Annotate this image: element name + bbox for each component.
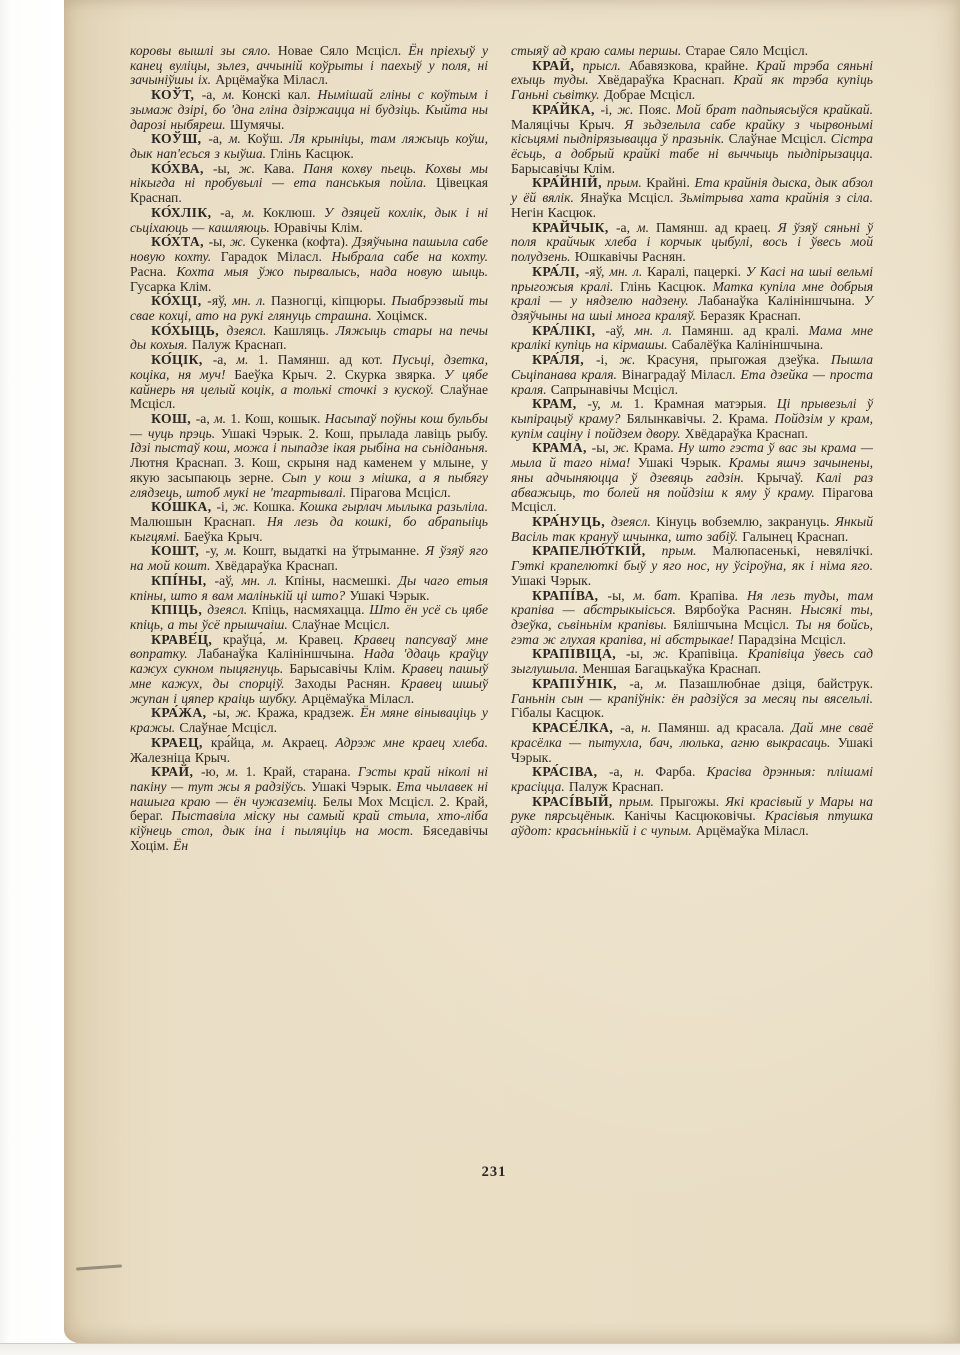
plain-text: -і, [600,102,617,117]
entry-headword: КО́ШКА, [151,499,216,514]
plain-text: Палуж Краснап. [192,337,287,352]
plain-text: Баеўка Крыч. [184,529,263,544]
dictionary-entry: КРАМА, -ы, ж. Крама. Ну што гэста ў вас … [511,441,873,515]
dictionary-entry: КРАСІ́ВЫЙ, прым. Прыгожы. Які красівый у… [511,795,873,839]
plain-text: Расна. [130,264,176,279]
italic-text: м. [243,205,263,220]
dictionary-entry: КРАМ, -у, м. 1. Крамная матэрыя. Ці прыв… [511,397,873,441]
plain-text: Хвёдараўка Краснап. [685,426,808,441]
plain-text: Добрае Мсцісл. [604,87,695,102]
italic-text: м. бат. [633,588,689,603]
plain-text: -у, [587,396,611,411]
plain-text: Сапрынавічы Мсцісл. [551,382,678,397]
dictionary-entry: КПІЦЬ, дзеясл. Кпіць, насмяхацца. Што ён… [130,603,488,632]
plain-text: Абавязкова, крайне. [629,58,757,73]
plain-text: Кпіць, насмяхацца. [252,602,369,617]
italic-text: прым. [619,794,660,809]
plain-text: Малюпасенькі, невялічкі. [712,543,873,558]
entry-headword: КРА́ЙНІЙ, [532,175,607,190]
plain-text: -ы, [209,234,230,249]
plain-text: Ушакі Чэрык. 2. Кош, прылада лавіць рыбу… [221,426,488,441]
italic-text: ж. [235,705,257,720]
italic-text: стыяў ад краю самы першы. [511,43,685,58]
italic-text: мн. л. [242,573,285,588]
plain-text: -у, [205,543,224,558]
plain-text: Баеўка Крыч. 2. Скурка звярка. [234,367,444,382]
entry-headword: КО́ХТА, [151,234,209,249]
dictionary-entry: КРАЙ, -ю, м. 1. Край, старана. Гэсты кра… [130,765,488,853]
plain-text: Крычаў. [757,470,816,485]
entry-headword: КРА́ЖА, [151,705,212,720]
plain-text: 1. Кош, кошык. [230,411,324,426]
page-number: 231 [454,1164,534,1181]
plain-text: Кошка. [253,499,299,514]
plain-text: кра́йца, [211,735,262,750]
dictionary-entry: КО́ХЫЦЬ, дзеясл. Кашляць. Ляжыць стары н… [130,324,488,353]
italic-text: прысл. [583,58,629,73]
italic-text: ж. [617,102,638,117]
plain-text: Крапіва. [690,588,747,603]
dictionary-entry: КРАЙ, прысл. Абавязкова, крайне. Край тр… [511,59,873,103]
entry-headword: КО́ХЛІК, [151,205,220,220]
plain-text: -а, [220,205,242,220]
plain-text: Ушакі Чэрык. [511,573,591,588]
plain-text: Красуня, прыгожая дзеўка. [647,352,831,367]
page-bottom-edge [0,1343,960,1355]
plain-text: Галынец Краснап. [742,529,848,544]
italic-text: Адрэж мне краец хлеба. [335,735,488,750]
plain-text: Пояс. [639,102,676,117]
plain-text: Юравічы Клім. [274,220,363,235]
plain-text: Маляцічы Крыч. [511,117,624,132]
entry-headword: КРАВЕ́Ц, [151,632,223,647]
plain-text: Юшкавічы Раснян. [575,249,686,264]
italic-text: м. [276,632,298,647]
plain-text: -а, [609,764,634,779]
plain-text: Глінь Касцюк. [620,279,713,294]
plain-text: -а, [202,87,223,102]
italic-text: ж. [619,352,647,367]
entry-headword: КО́ЦІК, [151,352,213,367]
plain-text: Палуж Краснап. [569,779,664,794]
scanned-book-page: { "page": { "number": "231" }, "columns"… [0,0,960,1355]
entry-headword: КРАЙ, [532,58,583,73]
entry-headword: КОЎТ, [151,87,202,102]
plain-text: Бялынкавічы. 2. Крама. [627,411,775,426]
plain-text: Малюшын Краснап. [130,514,267,529]
dictionary-entry: КРА́НУЦЬ, дзеясл. Кінуць вобземлю, закра… [511,515,873,544]
italic-text: дзеясл. [207,602,252,617]
continuation-paragraph: стыяў ад краю самы першы. Старае Сяло Мс… [511,44,873,59]
entry-headword: КРА́НУЦЬ, [532,514,611,529]
italic-text: ж. [653,646,679,661]
plain-text: Бялішчына Мсцісл. [673,617,795,632]
plain-text: -яў, [207,293,232,308]
plain-text: -ю, [201,764,226,779]
plain-text: Новае Сяло Мсцісл. [278,43,408,58]
dictionary-entry: КРА́ЛІКІ, -аў, мн. л. Памянш. ад кралі. … [511,324,873,353]
italic-text: Гэткі крапелюткі быў у яго нос, ну ўсіро… [511,558,873,573]
entry-headword: КРАМ, [532,396,587,411]
plain-text: 1. Крамная матэрыя. [634,396,777,411]
italic-text: ж. [233,499,254,514]
italic-text: дзеясл. [611,514,656,529]
plain-text: Коклюш. [263,205,324,220]
entry-headword: КРА́ЛІКІ, [532,323,605,338]
plain-text: Кража, крадзеж. [257,705,360,720]
dictionary-entry: КОШ, -а, м. 1. Кош, кошык. Насыпаў поўны… [130,412,488,500]
plain-text: Негін Касцюк. [511,205,596,220]
plain-text: Крама. [634,440,678,455]
entry-headword: КРАМА, [532,440,592,455]
dictionary-entry: КО́ХТА, -ы, ж. Сукенка (кофта). Дзяўчына… [130,235,488,294]
plain-text: Коўш. [247,131,289,146]
italic-text: м. [226,764,245,779]
entry-headword: КОЎШ, [151,131,208,146]
plain-text: Старае Сяло Мсцісл. [685,43,808,58]
entry-headword: КРАПЕЛЮ́ТКІЙ, [532,543,662,558]
dictionary-entry: КПІ́НЫ, -аў, мн. л. Кпіны, насмешкі. Ды … [130,574,488,603]
entry-headword: КПІ́НЫ, [151,573,214,588]
plain-text: Сабалёўка Калініншчына. [672,337,824,352]
italic-text: Мой брат падпыясыўся крайкай. [676,102,873,117]
entry-headword: КРАПІВІЦА, [532,646,626,661]
entry-headword: КРАЕЦ, [151,735,211,750]
plain-text: Жалезніца Крыч. [130,750,230,765]
entry-headword: КРАСЕ́ЛКА, [532,720,620,735]
italic-text: ж. [239,161,264,176]
italic-text: Ён [173,838,188,853]
plain-text: Крайні. [646,175,694,190]
plain-text: Беразяк Краснап. [700,308,801,323]
entry-headword: КРАПІЎНІК, [532,676,629,691]
plain-text: Фарба. [655,764,706,779]
italic-text: м. [223,87,242,102]
plain-text: Слаўнае Мсцісл. [292,617,390,632]
italic-text: Ныбрала сабе на кохту. [332,249,488,264]
plain-text: Ушакі Чэрык. [638,455,729,470]
dictionary-entry: КРА́ЖА, -ы, ж. Кража, крадзеж. Ён мяне в… [130,706,488,735]
plain-text: Пазногці, кіпцюры. [271,293,391,308]
plain-text: Гарадок Міласл. [221,249,332,264]
plain-text: Памянш. ад кралі. [682,323,809,338]
dictionary-entry: КО́ХЦІ, -яў, мн. л. Пазногці, кіпцюры. П… [130,294,488,323]
plain-text: -а, [196,411,214,426]
plain-text: Меншая Багацькаўка Краснап. [582,661,761,676]
dictionary-entry: КРАПІЎНІК, -а, м. Пазашлюбнае дзіця, бай… [511,677,873,721]
entry-headword: КО́ХЦІ, [151,293,207,308]
italic-text: Ганьнін сын — крапіўнік: ён радзіўся за … [511,691,873,706]
entry-headword: КРАСІ́ВЫЙ, [532,794,619,809]
plain-text: Слаўнае Мсцісл. [729,131,831,146]
plain-text: Кінуць вобземлю, закрануць. [656,514,835,529]
dictionary-entry: КРА́ЙНІЙ, прым. Крайні. Ета крайнія дыск… [511,176,873,220]
plain-text: Ушакі Чэрык. [311,779,396,794]
dictionary-entry: КРАВЕ́Ц, краўца́, м. Кравец. Кравец папс… [130,633,488,707]
plain-text: Сукенка (кофта). [250,234,352,249]
plain-text: Кошт, выдаткі на ўтрыманне. [243,543,426,558]
entry-headword: КРА́СІВА, [532,764,609,779]
plain-text: Янаўка Мсцісл. [580,190,680,205]
plain-text: -ы, [608,588,634,603]
plain-text: -а, [208,131,228,146]
plain-text: Арцёмаўка Міласл. [301,691,414,706]
plain-text: -а, [620,720,641,735]
italic-text: Кошка гырлач мылыка разьліла. [299,499,488,514]
plain-text: -і, [596,352,619,367]
italic-text: мн. л. [232,293,271,308]
plain-text: Кава. [264,161,303,176]
italic-text: дзеясл. [226,323,273,338]
dictionary-entry: КО́ШКА, -і, ж. Кошка. Кошка гырлач мылык… [130,500,488,544]
dictionary-entry: КРАПІ́ВА, -ы, м. бат. Крапіва. Ня лезь т… [511,589,873,648]
plain-text: Барысавічы Клім. [289,661,401,676]
dictionary-entry: КОЎШ, -а, м. Коўш. Ля крыніцы, там ляжыц… [130,132,488,161]
plain-text: Акраец. [282,735,336,750]
dictionary-entry: КРА́ЙКА, -і, ж. Пояс. Мой брат падпыясыў… [511,103,873,177]
plain-text: Вярбоўка Раснян. [685,602,801,617]
plain-text: Хвёдараўка Краснап. [597,72,733,87]
dictionary-entry: КОШТ, -у, м. Кошт, выдаткі на ўтрыманне.… [130,544,488,573]
plain-text: Хвёдараўка Краснап. [215,558,338,573]
plain-text: Конскі кал. [242,87,318,102]
book-page: коровы вышлі зы сяло. Новае Сяло Мсцісл.… [64,0,960,1344]
italic-text: мн. л. [609,264,647,279]
plain-text: Глінь Касцюк. [270,146,353,161]
text-column-right: стыяў ад краю самы першы. Старае Сяло Мс… [511,44,873,839]
italic-text: м. [229,131,248,146]
italic-text: прым. [607,175,646,190]
plain-text: Хоцімск. [376,308,427,323]
italic-text: мн. л. [634,323,681,338]
plain-text: -і, [216,499,232,514]
plain-text: Гусарка Клім. [130,279,211,294]
plain-text: Барысавічы Клім. [511,161,615,176]
dictionary-entry: КРАЕЦ, кра́йца, м. Акраец. Адрэж мне кра… [130,736,488,765]
italic-text: м. [214,411,230,426]
italic-text: Ідзі пыстаў кош, можа і пыпадзе ікая рыб… [130,440,488,455]
plain-text: 1. Памянш. ад кот. [258,352,392,367]
plain-text: Канічы Касцюковічы. [624,808,765,823]
plain-text: Гібалы Касцюк. [511,705,604,720]
dictionary-entry: КРАПЕЛЮ́ТКІЙ, прым. Малюпасенькі, невялі… [511,544,873,588]
plain-text: Памянш. ад красала. [658,720,791,735]
entry-headword: КРА́ЛІ, [532,264,585,279]
entry-headword: КОШ, [151,411,196,426]
plain-text: 1. Край, старана. [246,764,358,779]
plain-text: -ы, [213,705,236,720]
entry-headword: КРА́ЙКА, [532,102,600,117]
plain-text: Кпіны, насмешкі. [285,573,398,588]
italic-text: н. [641,720,658,735]
italic-text: Зьмітрыва хата крайнія з сіла. [680,190,873,205]
dictionary-entry: КО́ХВА, -ы, ж. Кава. Паня кохву пьець. К… [130,162,488,206]
scan-artifact-mark [76,1264,122,1270]
italic-text: м. [225,543,243,558]
dictionary-entry: КОЎТ, -а, м. Конскі кал. Нымішай гліны с… [130,88,488,132]
entry-headword: КО́ХВА, [151,161,213,176]
italic-text: Кохта мыя ўжо пырвалысь, нада новую шыць… [176,264,488,279]
entry-headword: КО́ХЫЦЬ, [151,323,226,338]
plain-text: Парадзіна Мсцісл. [738,632,846,647]
plain-text: -ы, [213,161,239,176]
italic-text: м. [655,676,679,691]
plain-text: Лабанаўка Калініншчына. [197,646,364,661]
italic-text: м. [236,352,258,367]
dictionary-entry: КРАПІВІЦА, -ы, ж. Крапівіца. Крапівіца ў… [511,647,873,676]
plain-text: Памянш. ад краец. [656,220,778,235]
dictionary-entry: КРА́ЛЯ, -і, ж. Красуня, прыгожая дзеўка.… [511,353,873,397]
dictionary-entry: КО́ЦІК, -а, м. 1. Памянш. ад кот. Пусьці… [130,353,488,412]
dictionary-entry: КО́ХЛІК, -а, м. Коклюш. У дзяцей кохлік,… [130,206,488,235]
text-column-left: коровы вышлі зы сяло. Новае Сяло Мсцісл.… [130,44,488,854]
italic-text: н. [634,764,655,779]
italic-text: м. [262,735,282,750]
plain-text: -а, [616,220,637,235]
entry-headword: КРАЙЧЫК, [532,220,616,235]
plain-text: -ы, [626,646,653,661]
entry-headword: КРА́ЛЯ, [532,352,596,367]
entry-headword: КОШТ, [151,543,205,558]
entry-headword: КРАПІ́ВА, [532,588,607,603]
italic-text: прым. [662,543,713,558]
italic-text: м. [637,220,656,235]
dictionary-entry: КРА́СІВА, -а, н. Фарба. Красіва дрэнныя:… [511,765,873,794]
plain-text: Слаўнае Мсцісл. [179,720,277,735]
entry-headword: КРАЙ, [151,764,201,779]
plain-text: Кравец. [298,632,353,647]
plain-text: Арцёмаўка Міласл. [696,823,809,838]
plain-text: -а, [213,352,237,367]
plain-text: Ушакі Чэрык. [349,588,429,603]
italic-text: ж. [230,234,250,249]
plain-text: -а, [629,676,655,691]
dictionary-entry: КРАЙЧЫК, -а, м. Памянш. ад краец. Я ўзяў… [511,221,873,265]
italic-text: м. [611,396,633,411]
plain-text: Арцёмаўка Міласл. [215,72,328,87]
plain-text: Вінаградаў Міласл. [622,367,741,382]
plain-text: Каралі, пацеркі. [647,264,746,279]
plain-text: краўца́, [223,632,276,647]
plain-text: Кашляць. [273,323,335,338]
plain-text: Заходы Раснян. [295,676,401,691]
plain-text: Пірагова Мсцісл. [350,485,450,500]
plain-text: -ы, [592,440,614,455]
dictionary-entry: КРАСЕ́ЛКА, -а, н. Памянш. ад красала. Да… [511,721,873,765]
entry-headword: КПІЦЬ, [151,602,207,617]
dictionary-entry: КРА́ЛІ, -яў, мн. л. Каралі, пацеркі. У К… [511,265,873,324]
plain-text: Крапівіца. [678,646,747,661]
continuation-paragraph: коровы вышлі зы сяло. Новае Сяло Мсцісл.… [130,44,488,88]
plain-text: Прыгожы. [660,794,725,809]
plain-text: -яў, [585,264,609,279]
plain-text: -аў, [605,323,634,338]
italic-text: ж. [613,440,634,455]
italic-text: коровы вышлі зы сяло. [130,43,278,58]
plain-text: -аў, [215,573,242,588]
plain-text: Шумячы. [230,117,285,132]
plain-text: Лабанаўка Калініншчына. [698,293,864,308]
plain-text: Пазашлюбнае дзіця, байструк. [679,676,873,691]
